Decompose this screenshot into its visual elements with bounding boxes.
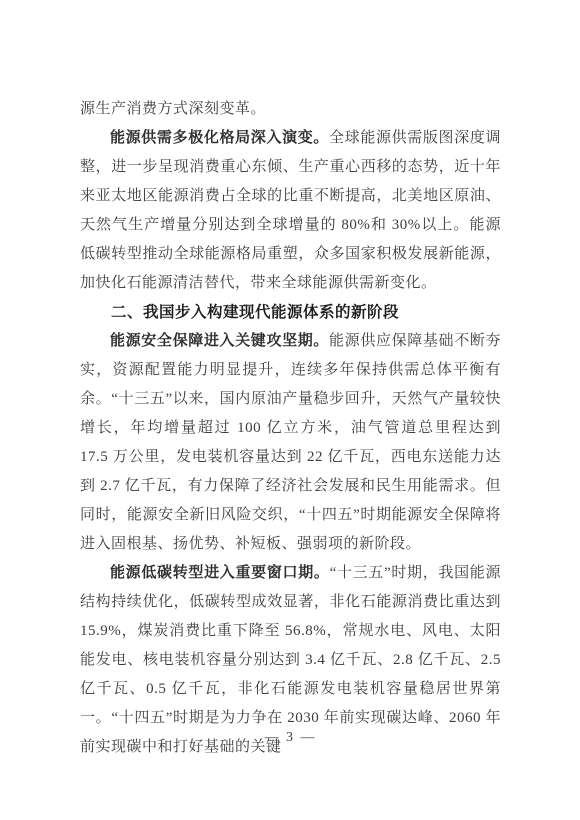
paragraph-lead: 能源供需多极化格局深入演变。 — [110, 130, 329, 146]
paragraph-text: 源生产消费方式深刻变革。 — [80, 101, 266, 117]
paragraph-continuation: 源生产消费方式深刻变革。 — [80, 95, 501, 124]
paragraph-global-energy: 能源供需多极化格局深入演变。全球能源供需版图深度调整，进一步呈现消费重心东倾、生… — [80, 124, 501, 298]
paragraph-energy-security: 能源安全保障进入关键攻坚期。能源供应保障基础不断夯实，资源配置能力明显提升，连续… — [80, 327, 501, 559]
page-body: 源生产消费方式深刻变革。 能源供需多极化格局深入演变。全球能源供需版图深度调整，… — [80, 95, 501, 762]
document-page: 源生产消费方式深刻变革。 能源供需多极化格局深入演变。全球能源供需版图深度调整，… — [0, 0, 580, 820]
page-number: — 3 — — [80, 727, 501, 749]
paragraph-lead: 能源低碳转型进入重要窗口期。 — [110, 565, 330, 581]
section-heading: 二、我国步入构建现代能源体系的新阶段 — [80, 298, 501, 327]
paragraph-lead: 能源安全保障进入关键攻坚期。 — [110, 333, 329, 349]
paragraph-text: 全球能源供需版图深度调整，进一步呈现消费重心东倾、生产重心西移的态势，近十年来亚… — [80, 130, 501, 291]
paragraph-text: 能源供应保障基础不断夯实，资源配置能力明显提升，连续多年保持供需总体平衡有余。“… — [80, 333, 501, 552]
